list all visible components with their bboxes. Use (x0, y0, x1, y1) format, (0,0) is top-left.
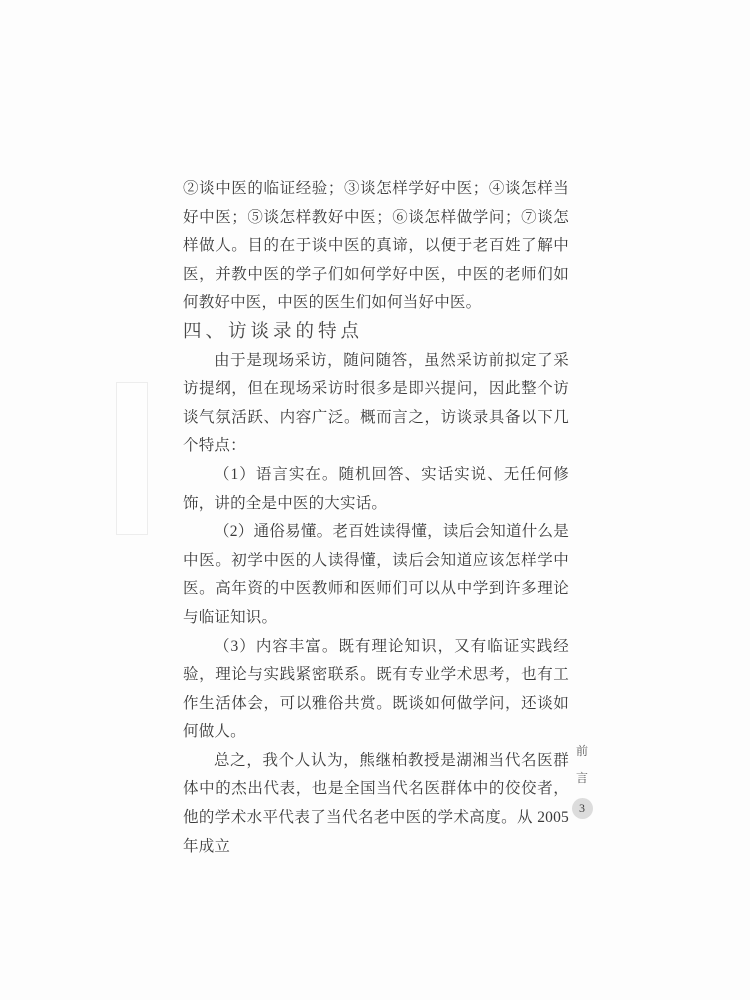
chapter-label-char: 言 (576, 765, 588, 792)
chapter-label: 前 言 (576, 738, 588, 792)
paragraph: 由于是现场采访，随问随答，虽然采访前拟定了采访提纲，但在现场采访时很多是即兴提问… (183, 347, 569, 461)
paragraph: （3）内容丰富。既有理论知识，又有临证实践经验，理论与实践紧密联系。既有专业学术… (183, 633, 569, 747)
section-heading: 四、访谈录的特点 (183, 318, 569, 347)
chapter-label-char: 前 (576, 738, 588, 765)
paragraph-continued: ②谈中医的临证经验；③谈怎样学好中医；④谈怎样当好中医；⑤谈怎样教好中医；⑥谈怎… (183, 175, 569, 318)
paragraph: （2）通俗易懂。老百姓读得懂，读后会知道什么是中医。初学中医的人读得懂，读后会知… (183, 518, 569, 632)
page-number-badge: 3 (572, 798, 593, 819)
book-page: ②谈中医的临证经验；③谈怎样学好中医；④谈怎样当好中医；⑤谈怎样教好中医；⑥谈怎… (0, 0, 750, 1000)
left-margin-scan-artifact (116, 382, 148, 535)
right-margin-strip: 前 言 3 (568, 738, 596, 819)
paragraph: （1）语言实在。随机回答、实话实说、无任何修饰，讲的全是中医的大实话。 (183, 461, 569, 518)
main-text-column: ②谈中医的临证经验；③谈怎样学好中医；④谈怎样当好中医；⑤谈怎样教好中医；⑥谈怎… (183, 175, 569, 861)
paragraph: 总之，我个人认为，熊继柏教授是湖湘当代名医群体中的杰出代表，也是全国当代名医群体… (183, 747, 569, 861)
